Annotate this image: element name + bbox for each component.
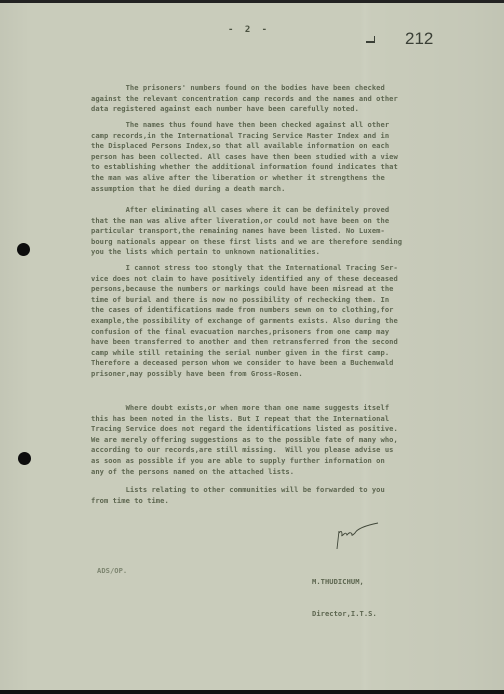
reference-initials: ADS/OP.	[97, 566, 127, 577]
text-line: the Displaced Persons Index,so that all …	[91, 141, 398, 152]
text-line: persons,because the numbers or markings …	[91, 284, 398, 295]
signature-icon	[330, 521, 390, 551]
text-line: Tracing Service does not regard the iden…	[91, 424, 398, 435]
scan-bottom-edge	[0, 690, 504, 694]
text-line: from time to time.	[91, 496, 385, 507]
text-line: this has been noted in the lists. But I …	[91, 414, 398, 425]
punch-hole-bottom	[18, 452, 31, 465]
text-line: data registered against each number have…	[91, 104, 398, 115]
text-line: as soon as possible if you are able to s…	[91, 456, 398, 467]
text-line: Where doubt exists,or when more than one…	[91, 403, 398, 414]
text-line: the cases of identifications made from n…	[91, 305, 398, 316]
text-line: the man was alive after the liberation o…	[91, 173, 398, 184]
page-marker: - 2 -	[228, 25, 270, 35]
text-line: vice does not claim to have positively i…	[91, 274, 398, 285]
signer-title: Director,I.T.S.	[312, 609, 377, 620]
archive-stamp-tick	[374, 36, 375, 42]
paragraph: Lists relating to other communities will…	[91, 485, 385, 506]
text-line: to establishing whether the additional i…	[91, 162, 398, 173]
text-line: time of burial and there is now no possi…	[91, 295, 398, 306]
text-line: any of the persons named on the attached…	[91, 467, 398, 478]
archive-number: 212	[405, 29, 433, 49]
paragraph: I cannot stress too stongly that the Int…	[91, 263, 398, 380]
text-line: The names thus found have then been chec…	[91, 120, 398, 131]
text-line: bourg nationals appear on these first li…	[91, 237, 402, 248]
text-line: The prisoners' numbers found on the bodi…	[91, 83, 398, 94]
text-line: particular transport,the remaining names…	[91, 226, 402, 237]
paragraph: The prisoners' numbers found on the bodi…	[91, 83, 398, 115]
text-line: have been transferred to another and the…	[91, 337, 398, 348]
text-line: you the lists which pertain to unknown n…	[91, 247, 402, 258]
document-page: - 2 - 212 The prisoners' numbers found o…	[0, 3, 504, 690]
text-line: confusion of the final evacuation marche…	[91, 327, 398, 338]
paragraph: Where doubt exists,or when more than one…	[91, 403, 398, 477]
text-line: assumption that he died during a death m…	[91, 184, 398, 195]
signer-name: M.THUDICHUM,	[312, 577, 377, 588]
text-line: camp records,in the International Tracin…	[91, 131, 398, 142]
text-line: Therefore a deceased person whom we cons…	[91, 358, 398, 369]
punch-hole-top	[17, 243, 30, 256]
text-line: prisoner,may possibly have been from Gro…	[91, 369, 398, 380]
text-line: that the man was alive after liveration,…	[91, 216, 402, 227]
text-line: I cannot stress too stongly that the Int…	[91, 263, 398, 274]
text-line: person has been collected. All cases hav…	[91, 152, 398, 163]
text-line: We are merely offering suggestions as to…	[91, 435, 398, 446]
signature-block: M.THUDICHUM, Director,I.T.S.	[312, 556, 377, 641]
text-line: Lists relating to other communities will…	[91, 485, 385, 496]
paragraph: The names thus found have then been chec…	[91, 120, 398, 194]
paragraph: After eliminating all cases where it can…	[91, 205, 402, 258]
text-line: camp while still retaining the serial nu…	[91, 348, 398, 359]
text-line: against the relevant concentration camp …	[91, 94, 398, 105]
text-line: according to our records,are still missi…	[91, 445, 398, 456]
text-line: After eliminating all cases where it can…	[91, 205, 402, 216]
text-line: example,the possibility of exchange of g…	[91, 316, 398, 327]
